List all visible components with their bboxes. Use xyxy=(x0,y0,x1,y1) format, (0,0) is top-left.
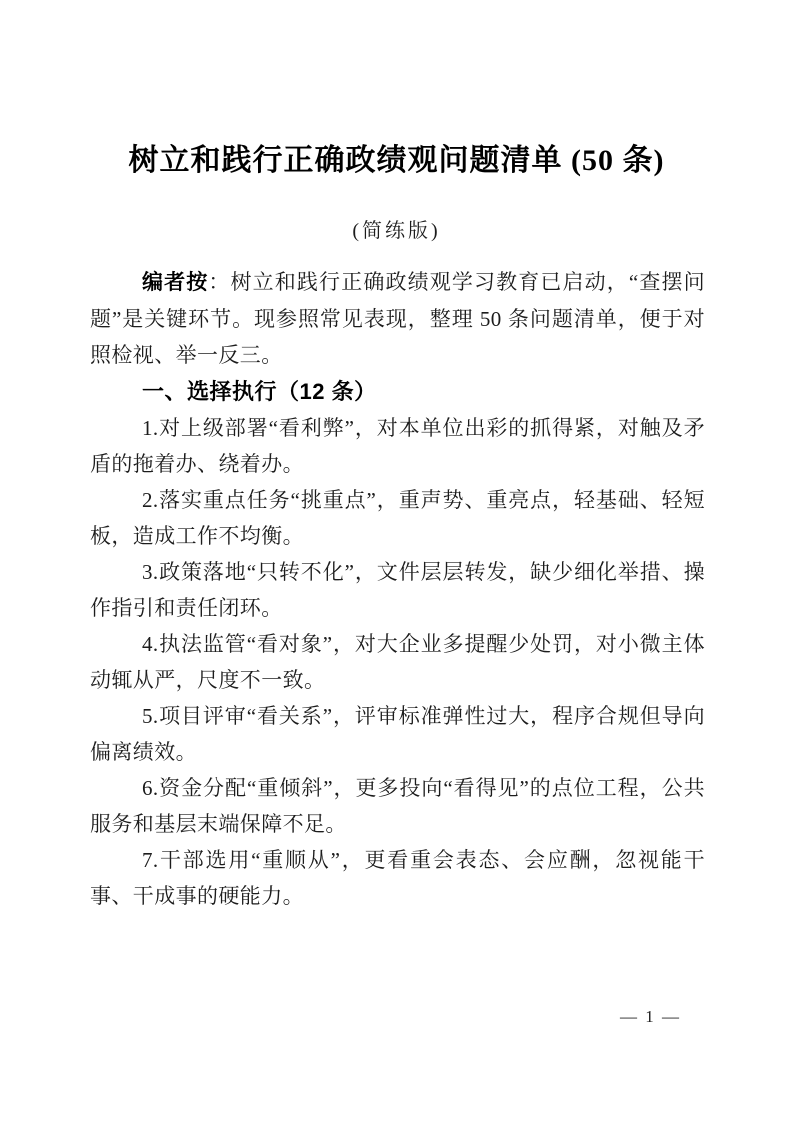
list-item-6: 6.资金分配“重倾斜”，更多投向“看得见”的点位工程，公共服务和基层末端保障不足… xyxy=(90,770,705,842)
list-item-1: 1.对上级部署“看利弊”，对本单位出彩的抓得紧，对触及矛盾的拖着办、绕着办。 xyxy=(90,410,705,482)
document-page: 树立和践行正确政绩观问题清单 (50 条) (简练版) 编者按：树立和践行正确政… xyxy=(0,0,793,1122)
list-item-2: 2.落实重点任务“挑重点”，重声势、重亮点，轻基础、轻短板，造成工作不均衡。 xyxy=(90,482,705,554)
page-number: — 1 — xyxy=(620,1007,681,1027)
list-item-7: 7.干部选用“重顺从”，更看重会表态、会应酬，忽视能干事、干成事的硬能力。 xyxy=(90,842,705,914)
document-subtitle: (简练版) xyxy=(0,216,793,246)
list-item-3: 3.政策落地“只转不化”，文件层层转发，缺少细化举措、操作指引和责任闭环。 xyxy=(90,554,705,626)
list-item-5: 5.项目评审“看关系”，评审标准弹性过大，程序合规但导向偏离绩效。 xyxy=(90,698,705,770)
list-item-4: 4.执法监管“看对象”，对大企业多提醒少处罚，对小微主体动辄从严，尺度不一致。 xyxy=(90,626,705,698)
section-heading: 一、选择执行（12 条） xyxy=(90,373,705,410)
document-title: 树立和践行正确政绩观问题清单 (50 条) xyxy=(0,0,793,184)
editor-note: 编者按：树立和践行正确政绩观学习教育已启动，“查摆问题”是关键环节。现参照常见表… xyxy=(90,264,705,373)
editor-note-label: 编者按 xyxy=(142,271,208,294)
